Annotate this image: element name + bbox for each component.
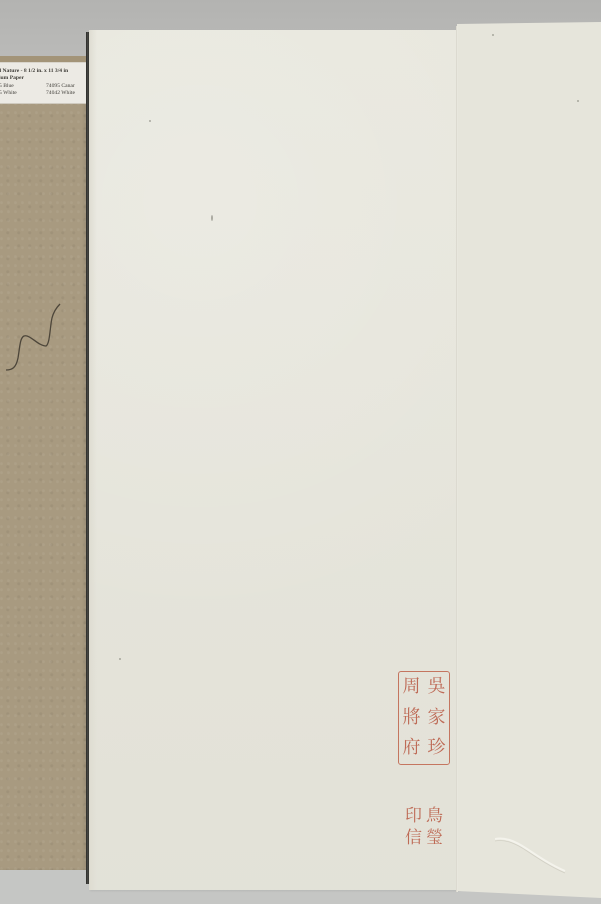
label-row-2-left: 5 White <box>0 90 17 96</box>
page-edge-shading <box>89 30 97 890</box>
paper-speck <box>577 100 579 102</box>
paper-product-label: d Nature - 8 1/2 in. x 11 3/4 in ium Pap… <box>0 62 86 104</box>
paper-crease <box>495 835 575 875</box>
paper-speck <box>492 34 494 36</box>
pencil-squiggle-mark <box>4 296 64 376</box>
seal-char: 鳥 <box>424 806 445 828</box>
seal-char: 將 <box>399 703 424 734</box>
seal-char: 周 <box>399 672 424 703</box>
page-fold-line <box>456 26 458 892</box>
label-title: d Nature - 8 1/2 in. x 11 3/4 in <box>0 68 68 74</box>
seal-char: 信 <box>403 828 424 850</box>
label-row-1-left: 5 Blue <box>0 83 14 89</box>
seal-char: 瑩 <box>424 828 445 850</box>
collector-seal-large: 吳 家 珍 周 將 府 <box>398 671 450 765</box>
seal-char: 珍 <box>424 733 449 764</box>
paper-speck <box>149 120 151 122</box>
seal-char: 吳 <box>424 672 449 703</box>
seal-char: 府 <box>399 733 424 764</box>
collector-seal-small: 鳥 瑩 印 信 <box>403 806 445 850</box>
seal-char: 印 <box>403 806 424 828</box>
label-row-2-right: 74042 White <box>46 90 75 96</box>
album-leaf-right <box>457 22 601 898</box>
cardboard-cover <box>0 56 86 870</box>
photo-scene: d Nature - 8 1/2 in. x 11 3/4 in ium Pap… <box>0 0 601 904</box>
seal-char: 家 <box>424 703 449 734</box>
label-row-1-right: 74095 Canar <box>46 83 75 89</box>
label-subtitle: ium Paper <box>0 75 24 81</box>
paper-speck <box>119 658 121 660</box>
paper-speck <box>211 215 213 221</box>
